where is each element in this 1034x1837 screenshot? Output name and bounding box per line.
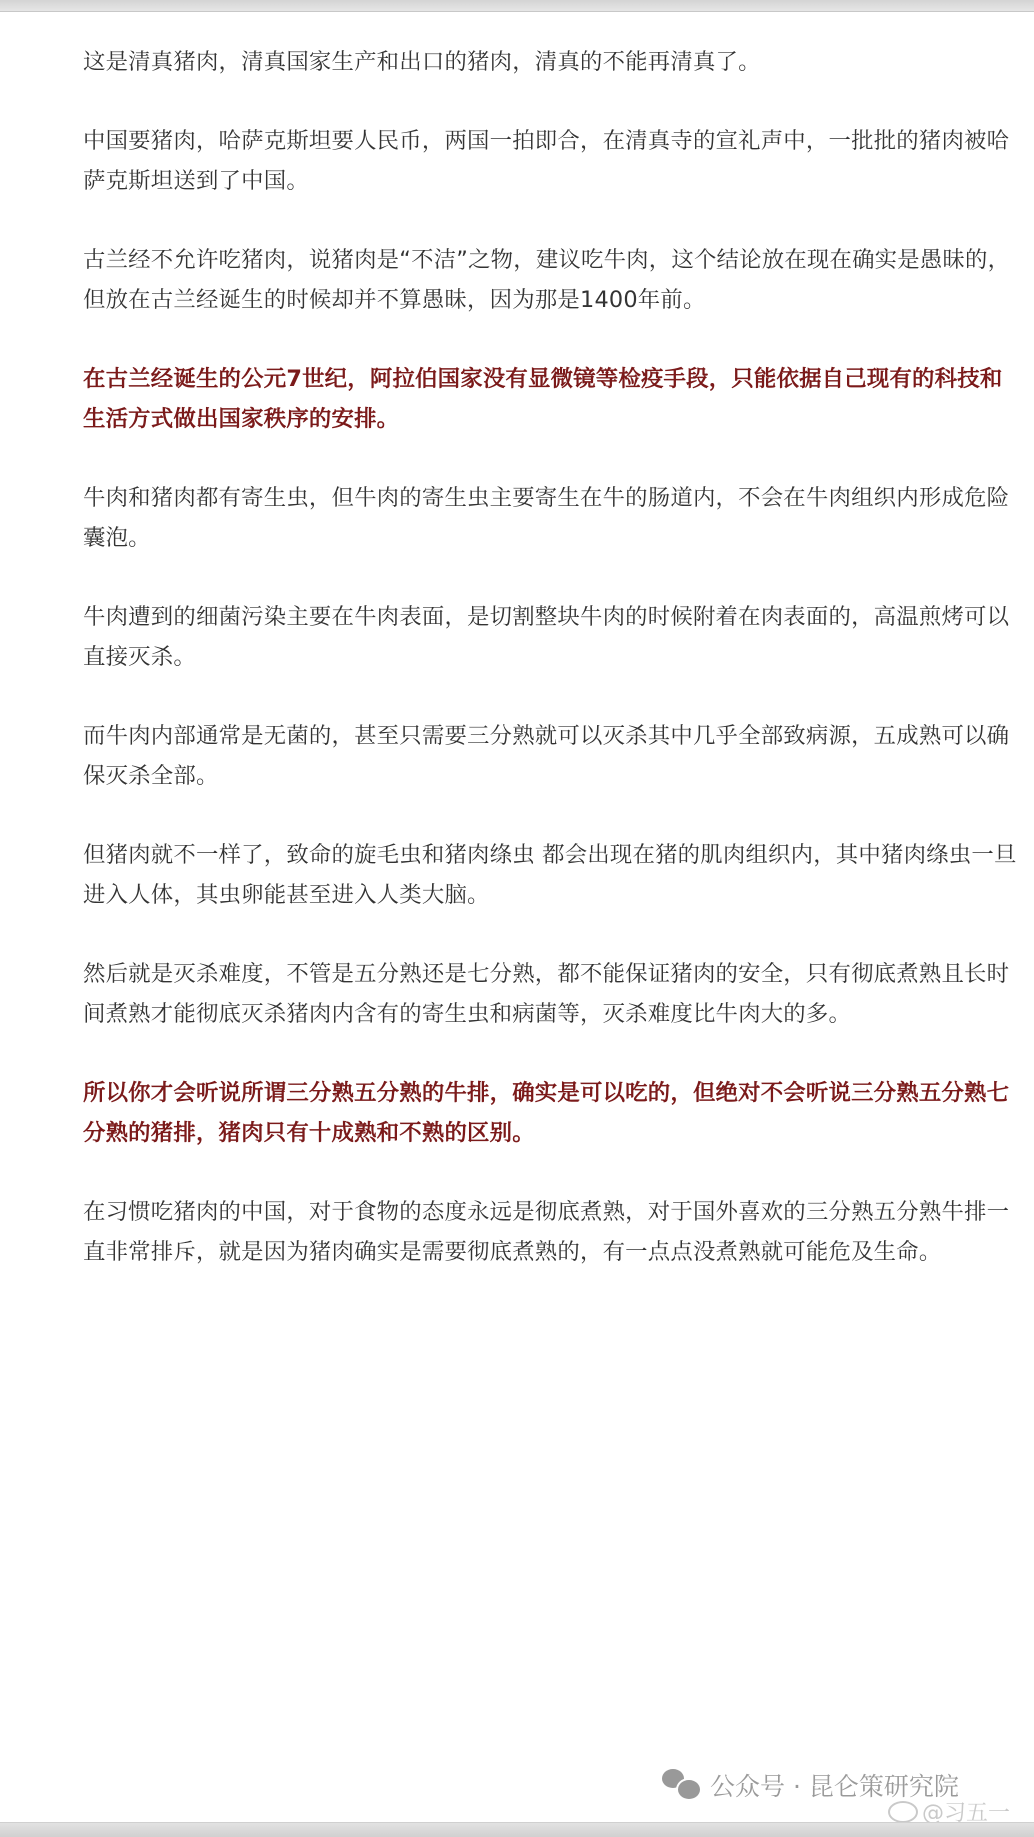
paragraph-4-highlight: 在古兰经诞生的公元7世纪，阿拉伯国家没有显微镜等检疫手段，只能依据自己现有的科技… (83, 359, 1018, 439)
paragraph-11: 在习惯吃猪肉的中国，对于食物的态度永远是彻底煮熟，对于国外喜欢的三分熟五分熟牛排… (83, 1192, 1018, 1272)
paragraph-6: 牛肉遭到的细菌污染主要在牛肉表面，是切割整块牛肉的时候附着在肉表面的，高温煎烤可… (83, 597, 1018, 677)
top-edge-bar (0, 0, 1034, 12)
article-body: 这是清真猪肉，清真国家生产和出口的猪肉，清真的不能再清真了。 中国要猪肉，哈萨克… (83, 42, 1018, 1311)
paragraph-7: 而牛肉内部通常是无菌的，甚至只需要三分熟就可以灭杀其中几乎全部致病源，五成熟可以… (83, 716, 1018, 796)
paragraph-5: 牛肉和猪肉都有寄生虫，但牛肉的寄生虫主要寄生在牛的肠道内，不会在牛肉组织内形成危… (83, 478, 1018, 558)
paragraph-8: 但猪肉就不一样了，致命的旋毛虫和猪肉绦虫 都会出现在猪的肌肉组织内，其中猪肉绦虫… (83, 835, 1018, 915)
paragraph-1: 这是清真猪肉，清真国家生产和出口的猪肉，清真的不能再清真了。 (83, 42, 1018, 82)
wechat-icon (662, 1769, 702, 1801)
weibo-icon (888, 1801, 918, 1823)
paragraph-3: 古兰经不允许吃猪肉，说猪肉是“不洁”之物，建议吃牛肉，这个结论放在现在确实是愚昧… (83, 240, 1018, 320)
paragraph-2: 中国要猪肉，哈萨克斯坦要人民币，两国一拍即合，在清真寺的宣礼声中，一批批的猪肉被… (83, 121, 1018, 201)
paragraph-10-highlight: 所以你才会听说所谓三分熟五分熟的牛排，确实是可以吃的，但绝对不会听说三分熟五分熟… (83, 1073, 1018, 1153)
bottom-edge-bar (0, 1822, 1034, 1837)
paragraph-9: 然后就是灭杀难度，不管是五分熟还是七分熟，都不能保证猪肉的安全，只有彻底煮熟且长… (83, 954, 1018, 1034)
